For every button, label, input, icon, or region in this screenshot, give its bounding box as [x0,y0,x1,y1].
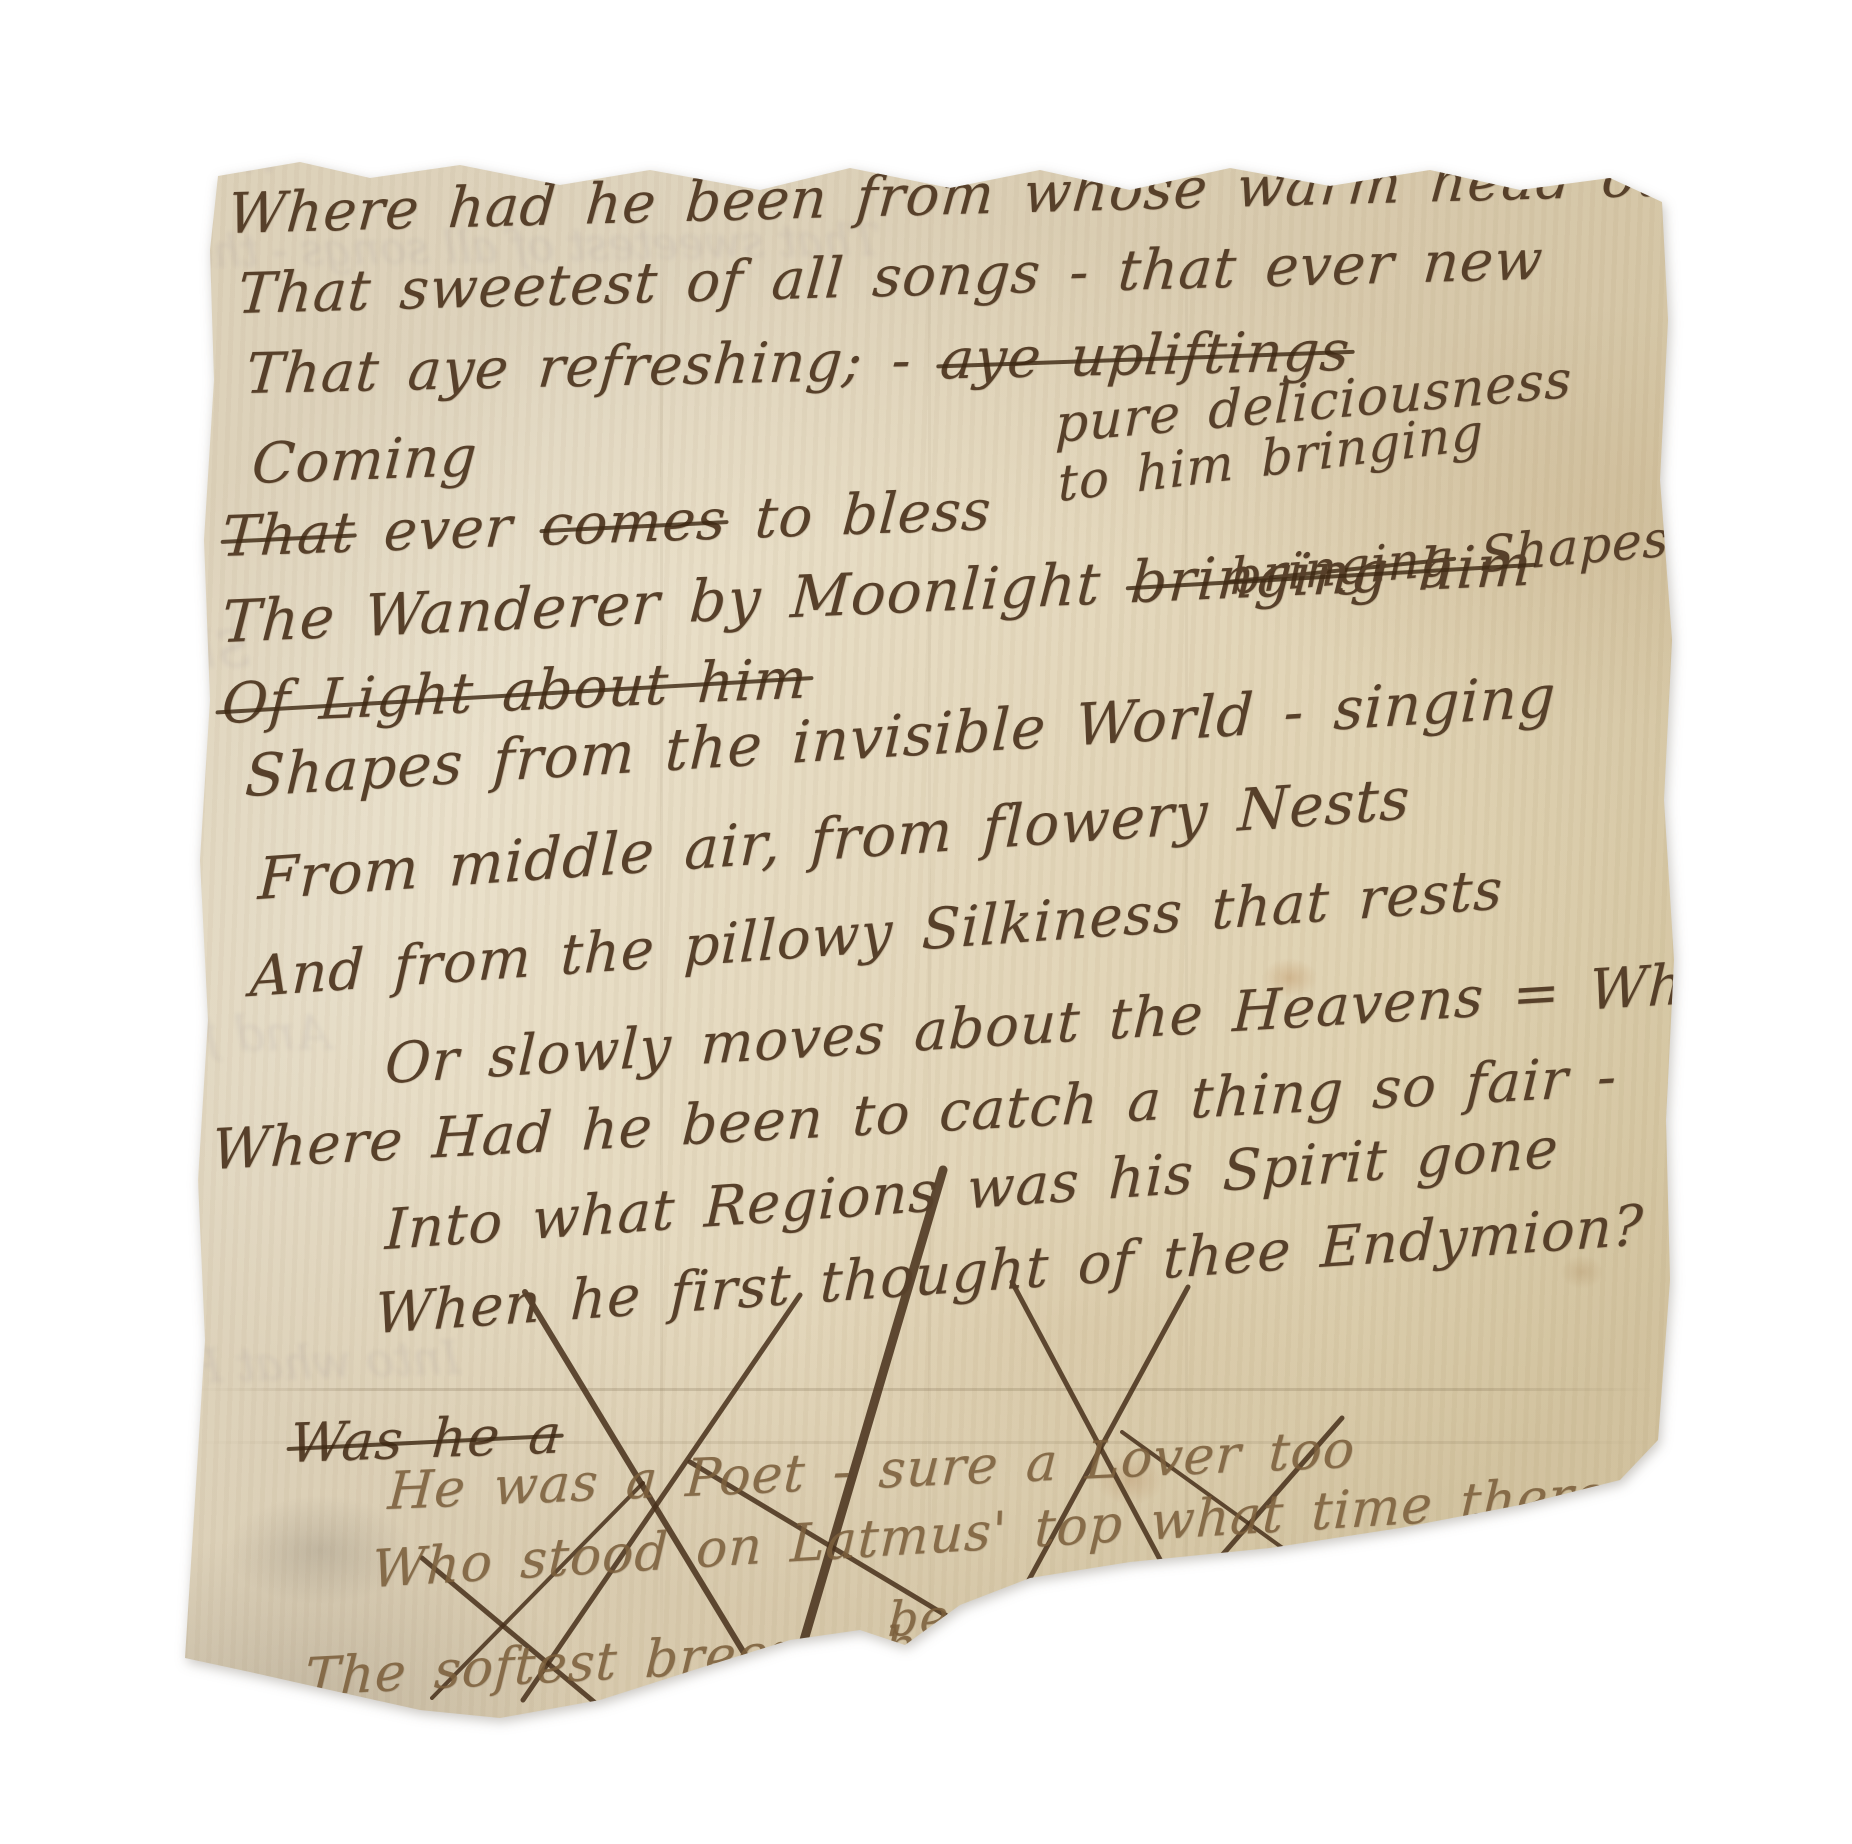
manuscript-line: Coming [250,424,480,497]
photograph-background: Where had he been from whose warm head o… [0,0,1852,1844]
handwritten-text: ever [382,495,515,565]
handwritten-text: O th [328,1725,460,1790]
struck-handwritten-text: That [220,500,358,570]
handwritten-text: to bless [753,478,994,551]
manuscript-line: O th [328,1725,460,1790]
paper-shadow-wrap: Where had he been from whose warm head o… [0,0,1852,1844]
struck-handwritten-text: comes [539,487,729,559]
manuscript-paper: Where had he been from whose warm head o… [0,0,1852,1844]
struck-handwritten-text: heaving [882,1606,1100,1678]
handwritten-text: Coming [250,424,480,497]
